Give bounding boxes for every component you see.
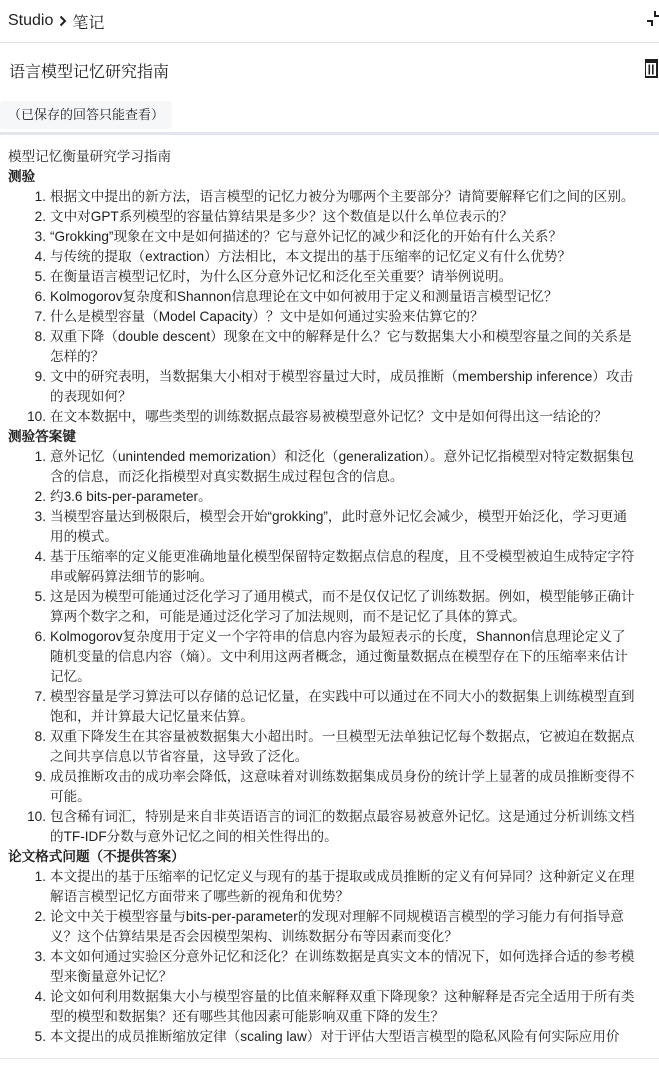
- list-item: 4.与传统的提取（extraction）方法相比，本文提出的基于压缩率的记忆定义…: [8, 247, 651, 267]
- list-item: 8.双重下降发生在其容量被数据集大小超出时。一旦模型无法单独记忆每个数据点，它被…: [8, 727, 651, 767]
- list-item: 2.约3.6 bits-per-parameter。: [8, 487, 651, 507]
- answer-key-list: 1.意外记忆（unintended memorization）和泛化（gener…: [8, 447, 651, 847]
- list-item: 10.在文本数据中，哪些类型的训练数据点最容易被模型意外记忆？文中是如何得出这一…: [8, 407, 651, 427]
- trash-icon: [645, 59, 659, 81]
- collapse-button[interactable]: [643, 10, 659, 30]
- collapse-content-icon: [645, 10, 659, 31]
- list-item: 5.这是因为模型可能通过泛化学习了通用模式，而不是仅仅记忆了训练数据。例如，模型…: [8, 587, 651, 627]
- document-title: 模型记忆衡量研究学习指南: [8, 147, 651, 167]
- section-heading-quiz: 测验: [8, 167, 651, 187]
- section-heading-essay-questions: 论文格式问题（不提供答案）: [8, 847, 651, 867]
- list-item: 5.在衡量语言模型记忆时，为什么区分意外记忆和泛化至关重要？请举例说明。: [8, 267, 651, 287]
- list-item: 5.本文提出的成员推断缩放定律（scaling law）对于评估大型语言模型的隐…: [8, 1027, 651, 1047]
- list-item: 6.Kolmogorov复杂度和Shannon信息理论在文中如何被用于定义和测量…: [8, 287, 651, 307]
- list-item: 3.当模型容量达到极限后，模型会开始“grokking”，此时意外记忆会减少，模…: [8, 507, 651, 547]
- note-header: 语言模型记忆研究指南: [0, 43, 659, 97]
- list-item: 3.本文如何通过实验区分意外记忆和泛化？在训练数据是真实文本的情况下，如何选择合…: [8, 947, 651, 987]
- readonly-badge: （已保存的回答只能查看）: [0, 101, 172, 129]
- essay-questions-list: 1.本文提出的基于压缩率的记忆定义与现有的基于提取或成员推断的定义有何异同？这种…: [8, 867, 651, 1047]
- note-title: 语言模型记忆研究指南: [9, 59, 169, 82]
- quiz-list: 1.根据文中提出的新方法，语言模型的记忆力被分为哪两个主要部分？请简要解释它们之…: [8, 187, 651, 427]
- list-item: 1.意外记忆（unintended memorization）和泛化（gener…: [8, 447, 651, 487]
- readonly-badge-row: （已保存的回答只能查看）: [0, 97, 659, 132]
- breadcrumb: Studio 笔记: [8, 10, 104, 33]
- list-item: 6.Kolmogorov复杂度用于定义一个字符串的信息内容为最短表示的长度，Sh…: [8, 627, 651, 687]
- list-item: 3.“Grokking”现象在文中是如何描述的？它与意外记忆的减少和泛化的开始有…: [8, 227, 651, 247]
- list-item: 9.成员推断攻击的成功率会降低，这意味着对训练数据集成员身份的统计学上显著的成员…: [8, 767, 651, 807]
- breadcrumb-notes: 笔记: [72, 10, 104, 33]
- list-item: 1.本文提出的基于压缩率的记忆定义与现有的基于提取或成员推断的定义有何异同？这种…: [8, 867, 651, 907]
- list-item: 10.包含稀有词汇，特别是来自非英语语言的词汇的数据点最容易被意外记忆。这是通过…: [8, 807, 651, 847]
- list-item: 4.基于压缩率的定义能更准确地量化模型保留特定数据点信息的程度，且不受模型被迫生…: [8, 547, 651, 587]
- list-item: 7.什么是模型容量（Model Capacity）？文中是如何通过实验来估算它的…: [8, 307, 651, 327]
- note-content: 模型记忆衡量研究学习指南 测验 1.根据文中提出的新方法，语言模型的记忆力被分为…: [0, 135, 659, 1047]
- bottom-edge: [0, 1058, 659, 1070]
- list-item: 7.模型容量是学习算法可以存储的总记忆量，在实践中可以通过在不同大小的数据集上训…: [8, 687, 651, 727]
- chevron-right-icon: [59, 15, 67, 27]
- top-bar: Studio 笔记: [0, 0, 659, 43]
- section-heading-answer-key: 测验答案键: [8, 427, 651, 447]
- list-item: 2.文中对GPT系列模型的容量估算结果是多少？这个数值是以什么单位表示的？: [8, 207, 651, 227]
- list-item: 2.论文中关于模型容量与bits-per-parameter的发现对理解不同规模…: [8, 907, 651, 947]
- list-item: 8.双重下降（double descent）现象在文中的解释是什么？它与数据集大…: [8, 327, 651, 367]
- list-item: 1.根据文中提出的新方法，语言模型的记忆力被分为哪两个主要部分？请简要解释它们之…: [8, 187, 651, 207]
- list-item: 9.文中的研究表明，当数据集大小相对于模型容量过大时，成员推断（membersh…: [8, 367, 651, 407]
- notes-panel: Studio 笔记 语言模型记忆研究指南: [0, 0, 659, 1070]
- delete-note-button[interactable]: [645, 59, 659, 81]
- list-item: 4.论文如何利用数据集大小与模型容量的比值来解释双重下降现象？这种解释是否完全适…: [8, 987, 651, 1027]
- breadcrumb-studio[interactable]: Studio: [8, 12, 53, 30]
